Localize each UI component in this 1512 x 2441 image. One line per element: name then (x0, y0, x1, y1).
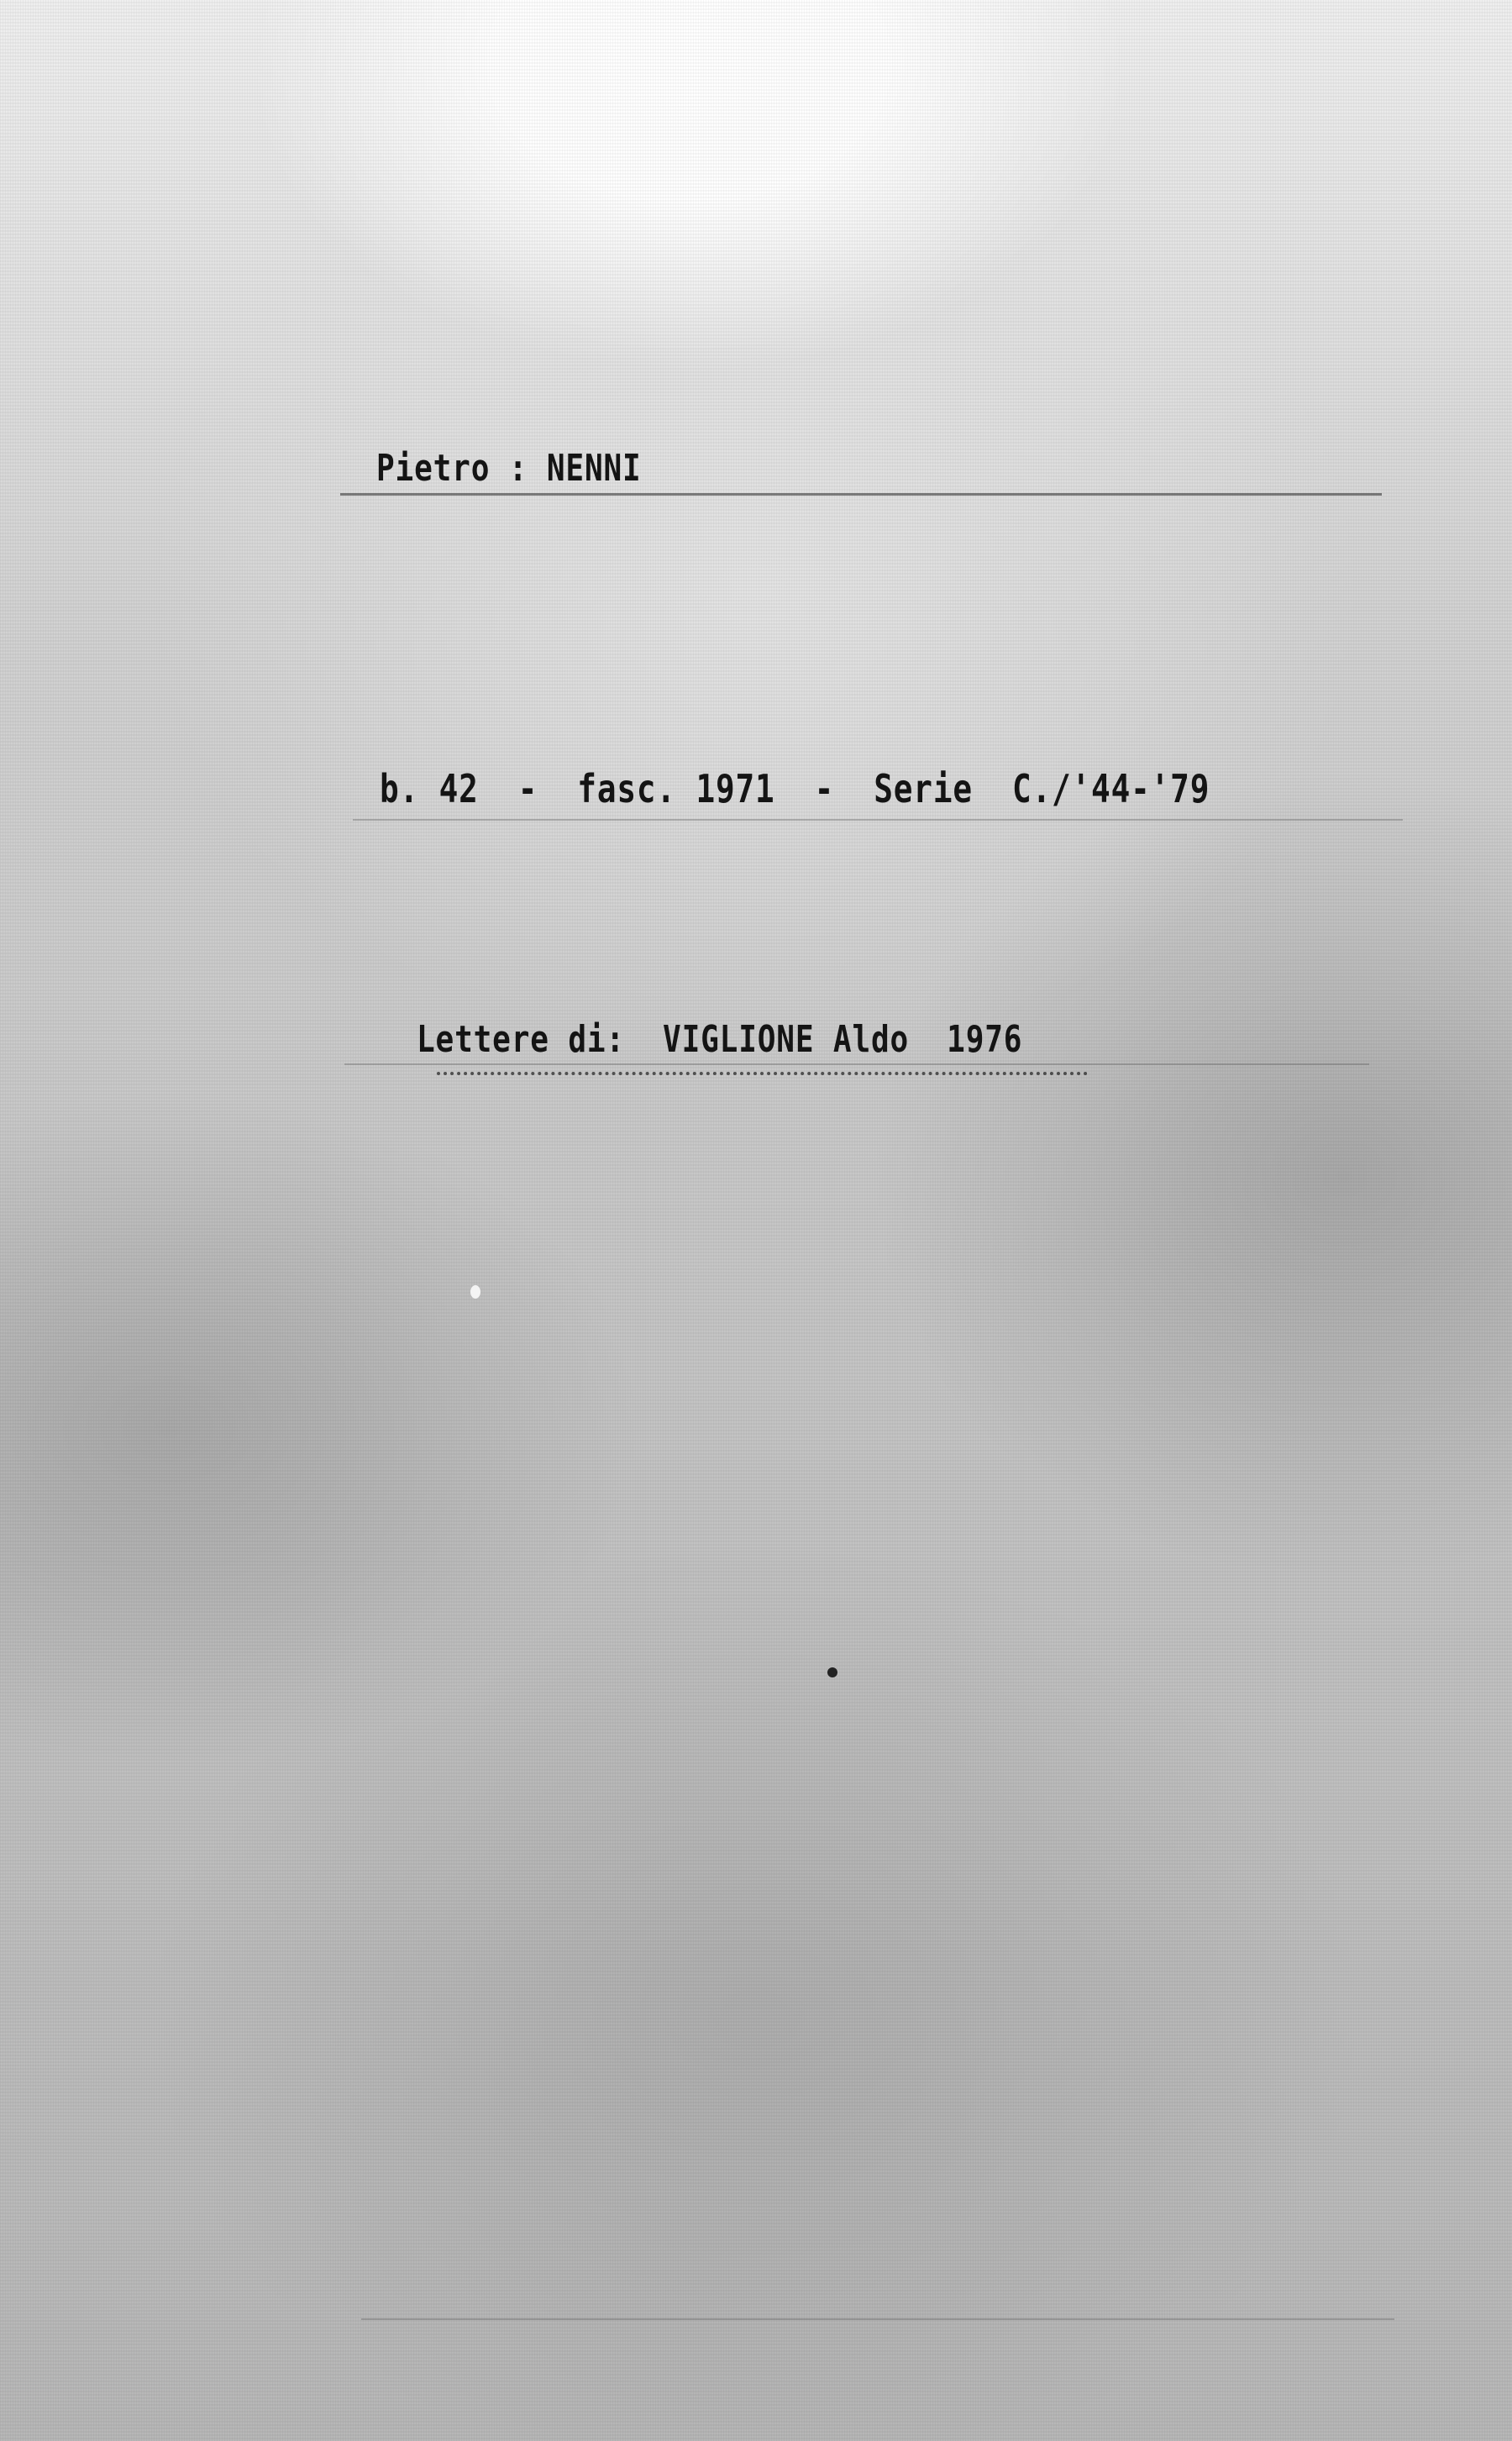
archive-person-name: Pietro : NENNI (376, 447, 642, 490)
archive-reference: b. 42 - fasc. 1971 - Serie C./'44-'79 (380, 766, 1210, 811)
reference-underline-rule (353, 819, 1403, 821)
letters-from-label: Lettere di: VIGLIONE Aldo 1976 (417, 1018, 1022, 1061)
letters-rule (344, 1063, 1369, 1065)
scanned-page-background (0, 0, 1512, 2441)
scan-speck (827, 1667, 837, 1677)
letters-dotted-underline (437, 1072, 1088, 1075)
bottom-rule (361, 2318, 1394, 2320)
scan-speck (470, 1285, 480, 1299)
name-underline-rule (340, 493, 1382, 496)
